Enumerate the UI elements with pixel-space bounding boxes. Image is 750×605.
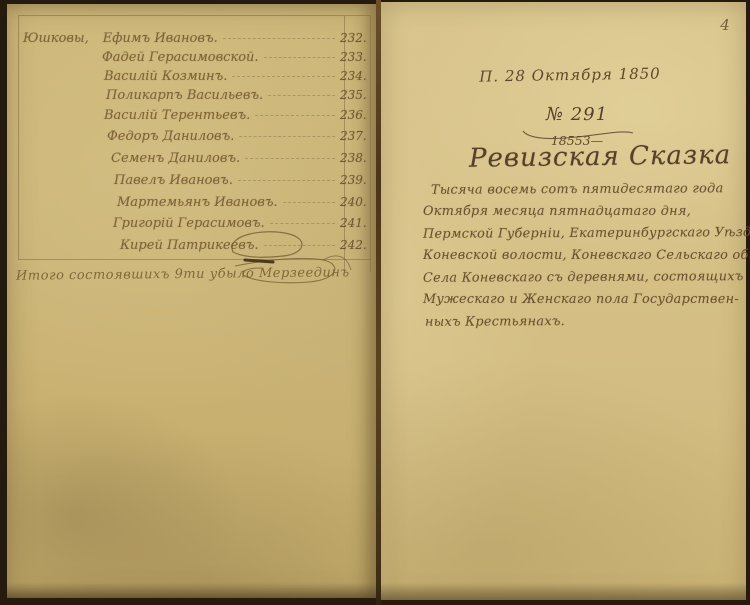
document-body: Тысяча восемь сотъ пятидесятаго года Окт… <box>423 182 729 336</box>
document-number: № 291 <box>529 104 625 125</box>
dotted-leader <box>270 223 335 224</box>
register-row: Фадей Герасимовской. 233. <box>23 50 340 68</box>
register-row: Семенъ Даниловъ. 238. <box>23 151 340 169</box>
person-name: Фадей Герасимовской. <box>102 50 259 65</box>
body-line: ныхъ Крестьянахъ. <box>423 313 729 337</box>
left-page: Юшковы, Ефимъ Ивановъ. 232. Фадей Гераси… <box>7 4 377 598</box>
dotted-leader <box>268 95 335 96</box>
dotted-leader <box>283 202 335 203</box>
person-name: Федоръ Даниловъ. <box>107 129 234 144</box>
entry-number: 238. <box>340 151 366 165</box>
register-row: Василій Терентьевъ. 236. <box>23 108 340 126</box>
register-row: Павелъ Ивановъ. 239. <box>23 173 340 191</box>
dotted-leader <box>232 76 335 77</box>
person-name: Ефимъ Ивановъ. <box>103 31 218 46</box>
dotted-leader <box>239 136 335 137</box>
dotted-leader <box>264 57 335 58</box>
person-name: Мартемьянъ Ивановъ. <box>117 195 278 210</box>
body-line: Октября месяца пятнадцатаго дня, <box>423 204 729 226</box>
person-name: Семенъ Даниловъ. <box>111 151 240 166</box>
register-row: Василій Козминъ. 234. <box>23 69 340 87</box>
register-row: Юшковы, Ефимъ Ивановъ. 232. <box>23 31 340 49</box>
folio-number: 4 <box>713 16 737 34</box>
entry-number: 236. <box>340 108 366 122</box>
body-line: Мужескаго и Женскаго пола Государствен- <box>423 292 729 314</box>
body-line: Пермской Губерніи, Екатеринбургскаго Уѣз… <box>423 225 729 249</box>
body-line: Коневской волости, Коневскаго Сельскаго … <box>423 248 729 270</box>
person-name: Василій Козминъ. <box>104 69 227 84</box>
document-title: Ревизская Сказка <box>469 140 719 173</box>
dotted-leader <box>223 38 335 39</box>
entry-number: 239. <box>340 173 366 187</box>
body-line: Села Коневскаго съ деревнями, состоящихъ <box>423 269 729 293</box>
entry-number: 235. <box>340 88 366 102</box>
right-page: 4 П. 28 Октября 1850 № 291 18553— Ревизс… <box>381 2 746 600</box>
received-date-line: П. 28 Октября 1850 <box>439 64 701 87</box>
person-name: Павелъ Ивановъ. <box>114 173 233 188</box>
entry-number: 240. <box>340 195 366 209</box>
entry-number: 234. <box>340 69 366 83</box>
dotted-leader <box>245 158 335 159</box>
family-margin-word: Юшковы, <box>23 31 89 46</box>
entry-number: 232. <box>340 31 366 45</box>
register-row: Федоръ Даниловъ. 237. <box>23 129 340 147</box>
entry-number: 237. <box>340 129 366 143</box>
document-scan: Юшковы, Ефимъ Ивановъ. 232. Фадей Гераси… <box>0 0 750 605</box>
register-table: Юшковы, Ефимъ Ивановъ. 232. Фадей Гераси… <box>18 15 371 260</box>
signature-flourish-icon <box>205 226 355 298</box>
body-line: Тысяча восемь сотъ пятидесятаго года <box>423 181 729 205</box>
register-row: Мартемьянъ Ивановъ. 240. <box>23 195 340 213</box>
table-border-extension <box>370 259 371 272</box>
person-name: Василій Терентьевъ. <box>104 108 250 123</box>
dotted-leader <box>238 180 335 181</box>
entry-number: 233. <box>340 50 366 64</box>
person-name: Поликарпъ Васильевъ. <box>106 88 263 103</box>
register-row: Поликарпъ Васильевъ. 235. <box>23 88 340 106</box>
dotted-leader <box>255 115 335 116</box>
